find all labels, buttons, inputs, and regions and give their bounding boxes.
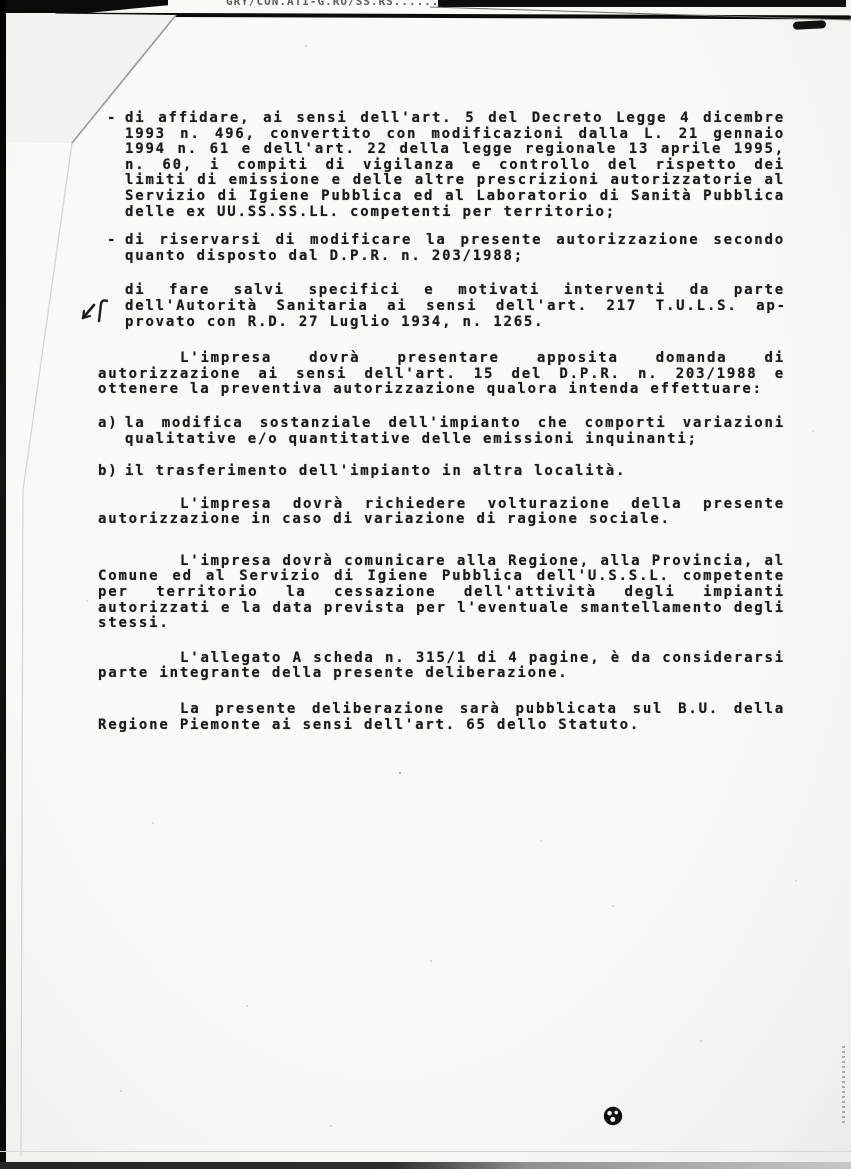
paragraph-volturazione: L'impresa dovrà richiedere volturazione … bbox=[98, 497, 785, 528]
stamp-hole-1 bbox=[607, 1111, 612, 1116]
paragraph-comunicazione-cessazione: L'impresa dovrà comunicare alla Regione,… bbox=[98, 554, 785, 632]
scan-right-edge-micro-marks bbox=[842, 1046, 845, 1124]
clause-text: di riservarsi di modificare la presente … bbox=[125, 232, 785, 264]
paragraph-allegato-a: L'allegato A scheda n. 315/1 di 4 pagine… bbox=[98, 651, 785, 682]
stamp-hole-3 bbox=[610, 1117, 615, 1122]
clause-text: di affidare, ai sensi dell'art. 5 del De… bbox=[125, 110, 785, 220]
clause-dash-marker: - bbox=[107, 111, 117, 127]
paragraph-text: L'impresa dovrà richiedere volturazione … bbox=[98, 496, 785, 528]
ink-smudge-artifact bbox=[793, 20, 826, 30]
paper-bottom-edge-line bbox=[0, 1151, 851, 1152]
document-body: - di affidare, ai sensi dell'art. 5 del … bbox=[98, 111, 785, 733]
ink-stamp-icon bbox=[601, 1104, 625, 1128]
scan-header-text-value: GRY/CON.ATI-G.RO/SS.RS........... bbox=[226, 0, 436, 7]
clause-riservarsi-modifica: - di riservarsi di modificare la present… bbox=[98, 233, 785, 264]
list-marker-a: a) bbox=[98, 416, 118, 432]
paragraph-text: La presente deliberazione sarà pubblicat… bbox=[98, 701, 785, 733]
clause-affidare-vigilanza: - di affidare, ai sensi dell'art. 5 del … bbox=[98, 111, 785, 220]
scan-header-text: GRY/CON.ATI-G.RO/SS.RS........... bbox=[226, 0, 436, 9]
paragraph-pubblicazione-bu: La presente deliberazione sarà pubblicat… bbox=[98, 702, 785, 733]
paragraph-text: L'impresa dovrà presentare apposita doma… bbox=[98, 350, 785, 397]
scan-horizontal-line-artifact bbox=[55, 13, 851, 20]
paper-left-edge-line bbox=[21, 143, 72, 1156]
paragraph-domanda-autorizzazione: L'impresa dovrà presentare apposita doma… bbox=[98, 351, 785, 398]
list-item-a-modifica-sostanziale: a) la modifica sostanziale dell'impianto… bbox=[98, 416, 785, 447]
scan-left-edge-artifact bbox=[0, 0, 6, 1169]
paper-noise-specks bbox=[0, 0, 2, 2]
list-marker-b: b) bbox=[98, 464, 118, 480]
stamp-disc bbox=[604, 1107, 622, 1125]
scan-top-edge-artifact-left bbox=[0, 0, 168, 13]
clause-dash-marker: - bbox=[107, 233, 117, 249]
paragraph-text: L'allegato A scheda n. 315/1 di 4 pagine… bbox=[98, 650, 785, 682]
list-item-b-trasferimento: b) il trasferimento dell'impianto in alt… bbox=[98, 464, 785, 480]
scan-top-edge-artifact-right bbox=[438, 0, 846, 7]
list-item-text: il trasferimento dell'impianto in altra … bbox=[125, 463, 626, 479]
paragraph-text: L'impresa dovrà comunicare alla Regione,… bbox=[98, 553, 785, 631]
clause-fare-salvi-interventi: di fare salvi specifici e motivati inter… bbox=[98, 283, 785, 330]
clause-text: di fare salvi specifici e motivati inter… bbox=[125, 282, 785, 329]
scan-bottom-edge-artifact bbox=[0, 1162, 851, 1169]
scanned-document-page: GRY/CON.ATI-G.RO/SS.RS........... - di a… bbox=[0, 0, 851, 1169]
list-item-text: la modifica sostanziale dell'impianto ch… bbox=[125, 415, 785, 447]
stamp-hole-2 bbox=[614, 1111, 618, 1115]
